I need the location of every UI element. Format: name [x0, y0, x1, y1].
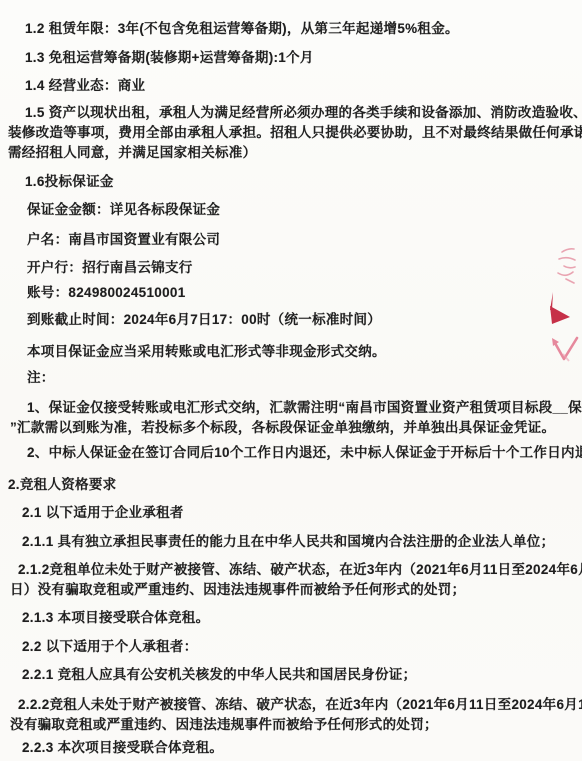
document-body: 1.2 租赁年限：3年(不包含免租运营筹备期)，从第三年起递增5%租金。 1.3…: [0, 0, 582, 758]
clause-2-2-2-line-1: 2.2.2竞租人未处于财产被接管、冻结、破产状态，在近3年内（2021年6月11…: [0, 695, 574, 715]
clause-2-2-3-consortium: 2.2.3 本次项目接受联合体竞租。: [0, 738, 574, 758]
clause-2-1-2-line-1: 2.1.2竞租单位未处于财产被接管、冻结、破产状态，在近3年内（2021年6月1…: [0, 560, 574, 580]
clause-2-1-2-enterprise-status: 2.1.2竞租单位未处于财产被接管、冻结、破产状态，在近3年内（2021年6月1…: [0, 560, 574, 600]
bank-branch: 开户行：招行南昌云锦支行: [0, 258, 574, 278]
clause-2-2-individual-heading: 2.2 以下适用于个人承租者：: [0, 637, 574, 657]
clause-2-1-enterprise-heading: 2.1 以下适用于企业承租者: [0, 503, 574, 523]
clause-2-2-1-id-card: 2.2.1 竞租人应具有公安机关核发的中华人民共和国居民身份证；: [0, 665, 574, 685]
deposit-deadline: 到账截止时间：2024年6月7日17：00时（统一标准时间）: [0, 310, 574, 330]
clause-1-5-asset-condition: 1.5 资产以现状出租，承租人为满足经营所必须办理的各类手续和设备添加、消防改造…: [0, 103, 574, 163]
note-1-deposit-payment: 1、保证金仅接受转账或电汇形式交纳，汇款需注明“南昌市国资置业资产租赁项目标段_…: [0, 398, 574, 438]
clause-2-1-3-consortium: 2.1.3 本项目接受联合体竞租。: [0, 608, 574, 628]
clause-1-3-rent-free-period: 1.3 免租运营筹备期(装修期+运营筹备期):1个月: [0, 48, 574, 68]
document-page: 1.2 租赁年限：3年(不包含免租运营筹备期)，从第三年起递增5%租金。 1.3…: [0, 0, 582, 761]
note-2-deposit-refund: 2、中标人保证金在签订合同后10个工作日内退还，未中标人保证金于开标后十个工作日…: [0, 443, 574, 463]
account-number: 账号：824980024510001: [0, 283, 574, 303]
clause-1-6-bid-deposit-heading: 1.6投标保证金: [0, 172, 574, 192]
clause-1-5-line-1: 1.5 资产以现状出租，承租人为满足经营所必须办理的各类手续和设备添加、消防改造…: [0, 103, 574, 123]
clause-2-2-2-line-2: 没有骗取竞租或严重违约、因违法违规事件而被给予任何形式的处罚；: [0, 715, 574, 735]
clause-2-2-2-individual-status: 2.2.2竞租人未处于财产被接管、冻结、破产状态，在近3年内（2021年6月11…: [0, 695, 574, 735]
clause-1-2-lease-term: 1.2 租赁年限：3年(不包含免租运营筹备期)，从第三年起递增5%租金。: [0, 19, 574, 39]
payment-method-statement: 本项目保证金应当采用转账或电汇形式等非现金形式交纳。: [0, 342, 574, 362]
clause-1-4-business-type: 1.4 经营业态：商业: [0, 76, 574, 96]
section-2-qualification-heading: 2.竞租人资格要求: [0, 475, 574, 495]
clause-1-5-line-2: 装修改造等事项，费用全部由承租人承担。招租人只提供必要协助，且不对最终结果做任何…: [0, 123, 574, 143]
deposit-amount: 保证金金额：详见各标段保证金: [0, 200, 574, 220]
clause-2-1-2-line-2: 日）没有骗取竞租或严重违约、因违法违规事件而被给予任何形式的处罚；: [0, 580, 574, 600]
account-holder-name: 户名：南昌市国资置业有限公司: [0, 230, 574, 250]
clause-1-5-line-3: 需经招租人同意，并满足国家相关标准）: [0, 143, 574, 163]
note-1-line-2: ”汇款需以到账为准，若投标多个标段，各标段保证金单独缴纳，并单独出具保证金凭证。: [0, 418, 574, 438]
clause-2-1-1-legal-entity: 2.1.1 具有独立承担民事责任的能力且在中华人民共和国境内合法注册的企业法人单…: [0, 532, 574, 552]
notes-heading: 注：: [0, 368, 574, 388]
note-1-line-1: 1、保证金仅接受转账或电汇形式交纳，汇款需注明“南昌市国资置业资产租赁项目标段_…: [0, 398, 574, 418]
